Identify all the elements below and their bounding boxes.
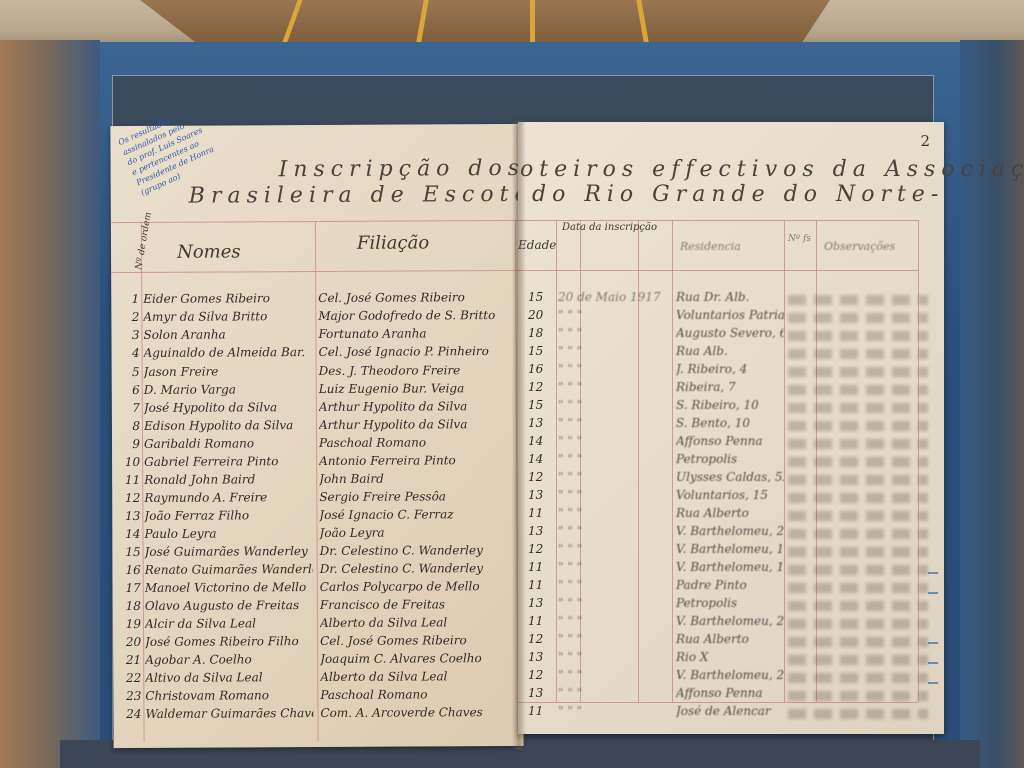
header-filiacao: Filiação (357, 232, 429, 253)
header-numero: Nº de ordem (134, 211, 154, 270)
header-residencia: Residencia (680, 240, 741, 253)
table-row: 24Waldemar Guimarães ChavesCom. A. Arcov… (113, 705, 523, 730)
register-left-page: Os resultados assinalados pelo do prof. … (110, 124, 523, 748)
wooden-wall-left (0, 40, 100, 768)
title-line-1-cont: oteiros effectivos da Associação (520, 157, 1024, 182)
title-line-2-cont: do Rio Grande do Norte- (532, 182, 944, 207)
header-nomes: Nomes (177, 241, 241, 262)
register-right-page: 2 oteiros effectivos da Associação do Ri… (518, 122, 944, 734)
header-observacoes: Observações (824, 240, 895, 253)
wall-right (960, 40, 1024, 768)
table-row: 11" " "José de Alencar (518, 704, 944, 727)
header-data-inscripcao: Data da inscripção (562, 222, 657, 233)
book-gutter (512, 120, 526, 750)
wooden-ceiling (140, 0, 830, 42)
header-n-fs: Nº fs (788, 234, 811, 244)
page-number: 2 (920, 132, 930, 150)
